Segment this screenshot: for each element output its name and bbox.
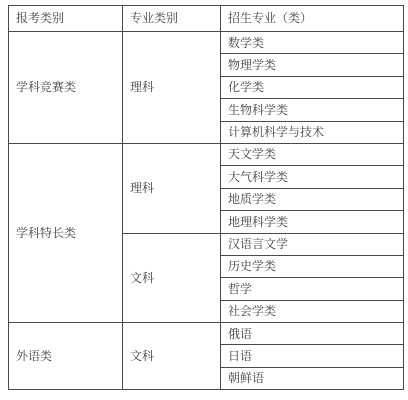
major-cell: 天文学类: [221, 143, 404, 165]
track-cell-liberal-arts: 文科: [123, 323, 221, 390]
major-cell: 社会学类: [221, 300, 404, 322]
major-cell: 计算机科学与技术: [221, 121, 404, 143]
header-enrollment-major: 招生专业（类）: [221, 6, 404, 32]
major-cell: 大气科学类: [221, 166, 404, 188]
header-track-category: 专业类别: [123, 6, 221, 32]
major-cell: 朝鲜语: [221, 367, 404, 389]
enrollment-majors-table: 报考类别 专业类别 招生专业（类） 学科竞赛类 理科 数学类 物理学类 化学类 …: [8, 5, 404, 390]
major-cell: 化学类: [221, 76, 404, 98]
major-cell: 哲学: [221, 278, 404, 300]
category-cell-specialty: 学科特长类: [9, 143, 123, 322]
major-cell: 数学类: [221, 32, 404, 54]
category-cell-competition: 学科竞赛类: [9, 32, 123, 144]
track-cell-science: 理科: [123, 32, 221, 144]
track-cell-science: 理科: [123, 143, 221, 233]
track-cell-liberal-arts: 文科: [123, 233, 221, 323]
major-cell: 物理学类: [221, 54, 404, 76]
major-cell: 日语: [221, 345, 404, 367]
header-row: 报考类别 专业类别 招生专业（类）: [9, 6, 404, 32]
major-cell: 生物科学类: [221, 99, 404, 121]
major-cell: 地质学类: [221, 188, 404, 210]
table-row: 学科竞赛类 理科 数学类: [9, 32, 404, 54]
major-cell: 地理科学类: [221, 211, 404, 233]
major-cell: 俄语: [221, 323, 404, 345]
table-row: 外语类 文科 俄语: [9, 323, 404, 345]
category-cell-foreign-language: 外语类: [9, 323, 123, 390]
major-cell: 历史学类: [221, 255, 404, 277]
major-cell: 汉语言文学: [221, 233, 404, 255]
table-row: 学科特长类 理科 天文学类: [9, 143, 404, 165]
header-application-category: 报考类别: [9, 6, 123, 32]
page: 报考类别 专业类别 招生专业（类） 学科竞赛类 理科 数学类 物理学类 化学类 …: [0, 0, 408, 400]
